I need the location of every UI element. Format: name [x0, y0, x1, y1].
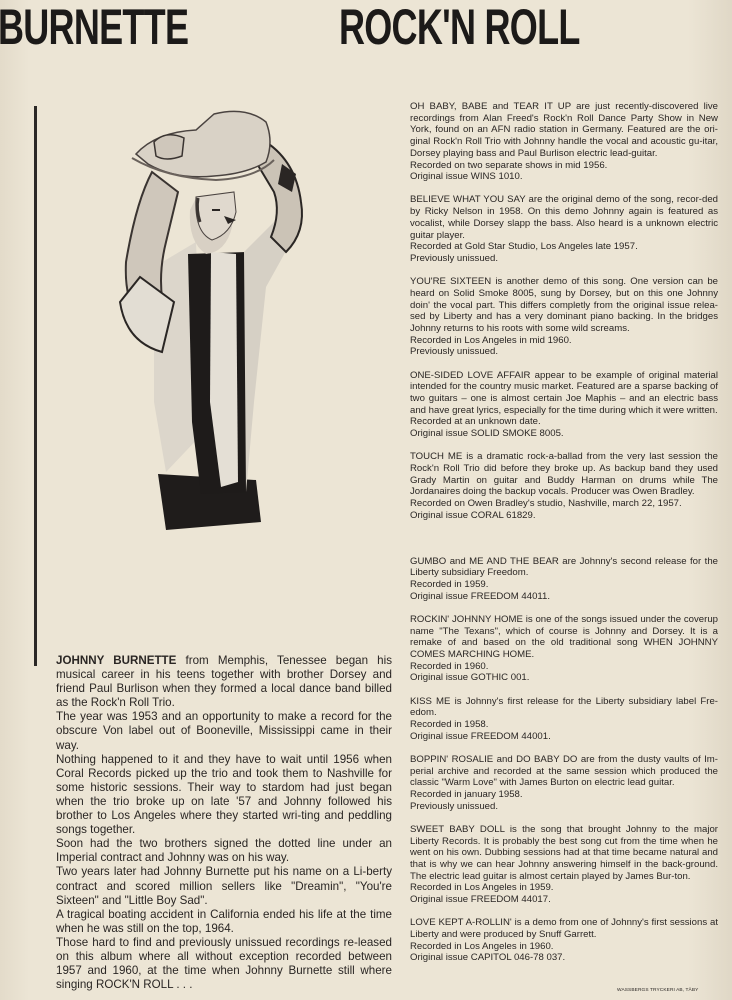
- issue-info: Previously unissued.: [410, 801, 718, 813]
- track-note: KISS ME is Johnny's first release for th…: [410, 696, 718, 743]
- recording-info: Recorded on two separate shows in mid 19…: [410, 160, 718, 172]
- bio-lead-name: JOHNNY BURNETTE: [56, 654, 176, 667]
- bio-paragraph: Those hard to find and previously unissu…: [56, 936, 392, 992]
- track-note: BOPPIN' ROSALIE and DO BABY DO are from …: [410, 754, 718, 813]
- album-back-cover: BURNETTE ROCK'N ROLL JOHNNY BURNET: [0, 0, 732, 1000]
- bio-paragraph: The year was 1953 and an opportunity to …: [56, 710, 392, 752]
- issue-info: Original issue FREEDOM 44011.: [410, 591, 718, 603]
- recording-info: Recorded in Los Angeles in 1959.: [410, 882, 718, 894]
- recording-info: Recorded in 1960.: [410, 661, 718, 673]
- issue-info: Original issue SOLID SMOKE 8005.: [410, 428, 718, 440]
- issue-info: Previously unissued.: [410, 253, 718, 265]
- recording-info: Recorded in 1958.: [410, 719, 718, 731]
- track-note: SWEET BABY DOLL is the song that brought…: [410, 824, 718, 906]
- recording-info: Recorded in Los Angeles in mid 1960.: [410, 335, 718, 347]
- issue-info: Previously unissued.: [410, 346, 718, 358]
- track-note: ONE-SIDED LOVE AFFAIR appear to be examp…: [410, 370, 718, 440]
- issue-info: Original issue FREEDOM 44017.: [410, 894, 718, 906]
- issue-info: Original issue WINS 1010.: [410, 171, 718, 183]
- recording-info: Recorded in Los Angeles in 1960.: [410, 941, 718, 953]
- track-note: OH BABY, BABE and TEAR IT UP are just re…: [410, 101, 718, 183]
- bio-paragraph: Nothing happened to it and they have to …: [56, 753, 392, 838]
- artist-biography: JOHNNY BURNETTE from Memphis, Tenessee b…: [56, 654, 392, 992]
- bio-paragraph: JOHNNY BURNETTE from Memphis, Tenessee b…: [56, 654, 392, 710]
- issue-info: Original issue CORAL 61829.: [410, 510, 718, 522]
- recording-info: Recorded at an unknown date.: [410, 416, 718, 428]
- bio-paragraph: A tragical boating accident in Californi…: [56, 908, 392, 936]
- track-note: GUMBO and ME AND THE BEAR are Johnny's s…: [410, 556, 718, 603]
- recording-info: Recorded in january 1958.: [410, 789, 718, 801]
- track-note: LOVE KEPT A-ROLLIN' is a demo from one o…: [410, 917, 718, 964]
- issue-info: Original issue GOTHIC 001.: [410, 672, 718, 684]
- recording-info: Recorded at Gold Star Studio, Los Angele…: [410, 241, 718, 253]
- track-note: ROCKIN' JOHNNY HOME is one of the songs …: [410, 614, 718, 684]
- artist-photo: [96, 102, 308, 532]
- issue-info: Original issue CAPITOL 046-78 037.: [410, 952, 718, 964]
- track-notes: OH BABY, BABE and TEAR IT UP are just re…: [410, 101, 718, 976]
- bio-paragraph: Two years later had Johnny Burnette put …: [56, 865, 392, 907]
- issue-info: Original issue FREEDOM 44001.: [410, 731, 718, 743]
- bio-paragraph: Soon had the two brothers signed the dot…: [56, 837, 392, 865]
- printer-credit: WASSBERGS TRYCKERI AB, TÄBY: [617, 988, 698, 993]
- title-artist: BURNETTE: [0, 2, 188, 52]
- track-note: BELIEVE WHAT YOU SAY are the original de…: [410, 194, 718, 264]
- title-album: ROCK'N ROLL: [339, 2, 580, 52]
- vertical-rule: [34, 106, 37, 666]
- track-note: YOU'RE SIXTEEN is another demo of this s…: [410, 276, 718, 358]
- recording-info: Recorded on Owen Bradley's studio, Nashv…: [410, 498, 718, 510]
- track-note: TOUCH ME is a dramatic rock-a-ballad fro…: [410, 451, 718, 521]
- recording-info: Recorded in 1959.: [410, 579, 718, 591]
